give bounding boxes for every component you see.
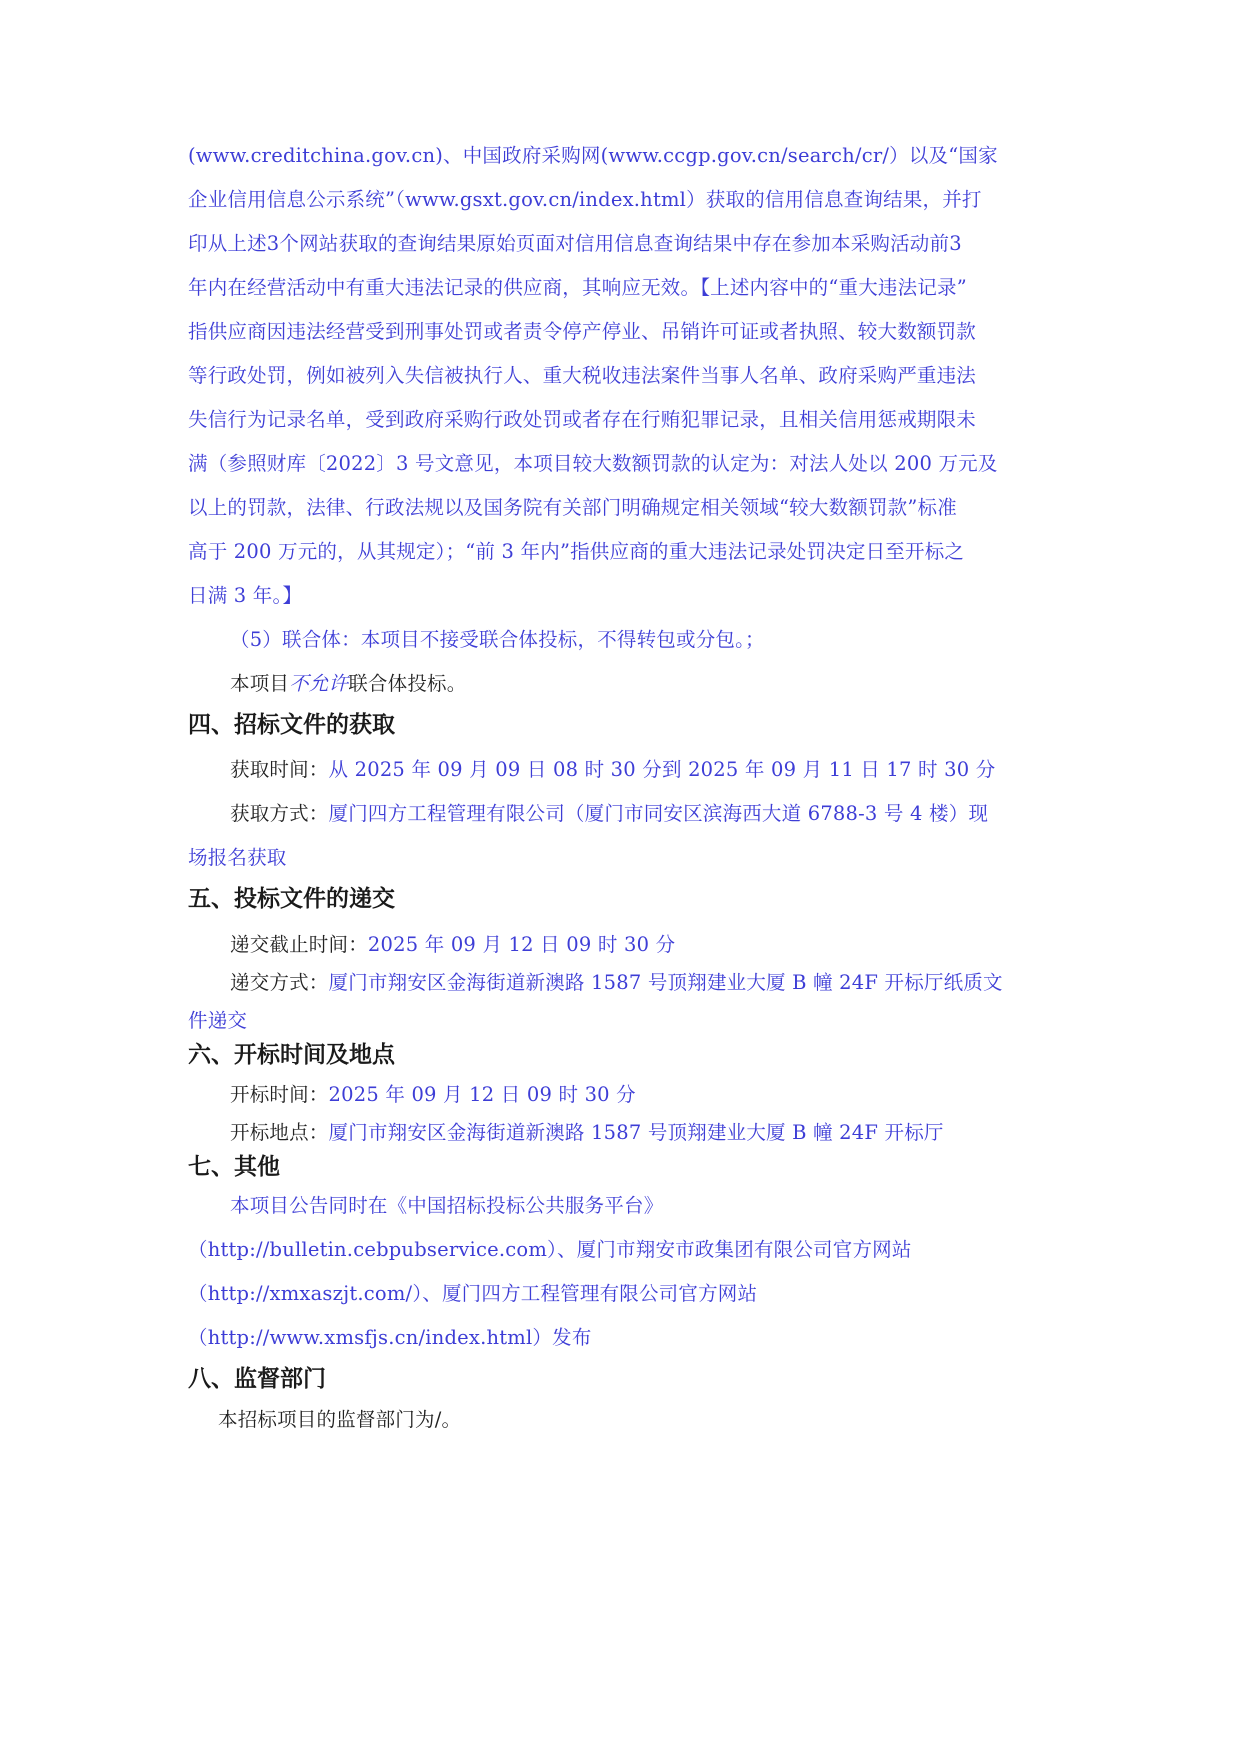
credit-paragraph-line-9: 以上的罚款，法律、行政法规以及国务院有关部门明确规定相关领域“较大数额罚款”标准 <box>188 495 957 521</box>
s7-line-1: 本项目公告同时在《中国招标投标公共服务平台》 <box>230 1193 663 1219</box>
section-5-title: 五、投标文件的递交 <box>188 885 395 913</box>
credit-paragraph-line-6: 等行政处罚，例如被列入失信被执行人、重大税收违法案件当事人名单、政府采购严重违法 <box>188 363 976 389</box>
s5-deadline-value: 2025 年 09 月 12 日 09 时 30 分 <box>368 933 675 956</box>
s7-line-4: （http://www.xmsfjs.cn/index.html）发布 <box>188 1325 592 1351</box>
s6-time-value: 2025 年 09 月 12 日 09 时 30 分 <box>329 1083 636 1106</box>
credit-paragraph-line-11: 日满 3 年。】 <box>188 583 302 609</box>
s7-line-2: （http://bulletin.cebpubservice.com）、厦门市翔… <box>188 1237 912 1263</box>
document-page: (www.creditchina.gov.cn)、中国政府采购网(www.ccg… <box>0 0 1240 1754</box>
s5-deadline-row: 递交截止时间：2025 年 09 月 12 日 09 时 30 分 <box>230 932 675 958</box>
s5-method-label: 递交方式： <box>230 971 329 994</box>
consortium-allow-prefix: 本项目 <box>230 672 289 695</box>
s6-place-label: 开标地点： <box>230 1121 329 1144</box>
credit-paragraph-line-8: 满（参照财库〔2022〕3 号文意见，本项目较大数额罚款的认定为：对法人处以 2… <box>188 451 998 477</box>
s6-place-value: 厦门市翔安区金海街道新澳路 1587 号顶翔建业大厦 B 幢 24F 开标厅 <box>329 1121 944 1144</box>
s4-method-value: 厦门四方工程管理有限公司（厦门市同安区滨海西大道 6788-3 号 4 楼）现 <box>329 802 989 825</box>
s5-method-row: 递交方式：厦门市翔安区金海街道新澳路 1587 号顶翔建业大厦 B 幢 24F … <box>230 970 1003 996</box>
s4-method-row: 获取方式：厦门四方工程管理有限公司（厦门市同安区滨海西大道 6788-3 号 4… <box>230 801 988 827</box>
credit-paragraph-line-1: (www.creditchina.gov.cn)、中国政府采购网(www.ccg… <box>188 143 998 169</box>
s6-time-label: 开标时间： <box>230 1083 329 1106</box>
s5-deadline-label: 递交截止时间： <box>230 933 368 956</box>
consortium-allow-line: 本项目不允许联合体投标。 <box>230 671 466 697</box>
section-7-title: 七、其他 <box>188 1153 280 1181</box>
credit-paragraph-line-7: 失信行为记录名单，受到政府采购行政处罚或者存在行贿犯罪记录，且相关信用惩戒期限未 <box>188 407 976 433</box>
section-6-title: 六、开标时间及地点 <box>188 1041 395 1069</box>
s5-method-value-cont: 件递交 <box>188 1008 247 1034</box>
s4-time-label: 获取时间： <box>230 758 329 781</box>
s4-time-row: 获取时间：从 2025 年 09 月 09 日 08 时 30 分到 2025 … <box>230 757 995 783</box>
credit-paragraph-line-2: 企业信用信息公示系统”（www.gsxt.gov.cn/index.html）获… <box>188 187 982 213</box>
credit-paragraph-line-3: 印从上述3个网站获取的查询结果原始页面对信用信息查询结果中存在参加本采购活动前3 <box>188 231 962 257</box>
consortium-allow-value: 不允许 <box>289 672 348 695</box>
credit-paragraph-line-5: 指供应商因违法经营受到刑事处罚或者责令停产停业、吊销许可证或者执照、较大数额罚款 <box>188 319 976 345</box>
s4-time-value: 从 2025 年 09 月 09 日 08 时 30 分到 2025 年 09 … <box>329 758 996 781</box>
section-8-title: 八、监督部门 <box>188 1365 326 1393</box>
s6-time-row: 开标时间：2025 年 09 月 12 日 09 时 30 分 <box>230 1082 636 1108</box>
consortium-allow-suffix: 联合体投标。 <box>348 672 466 695</box>
s4-method-value-cont: 场报名获取 <box>188 845 287 871</box>
consortium-clause: （5）联合体：本项目不接受联合体投标，不得转包或分包。； <box>230 627 765 653</box>
s6-place-row: 开标地点：厦门市翔安区金海街道新澳路 1587 号顶翔建业大厦 B 幢 24F … <box>230 1120 944 1146</box>
credit-paragraph-line-10: 高于 200 万元的，从其规定）；“前 3 年内”指供应商的重大违法记录处罚决定… <box>188 539 964 565</box>
s4-method-label: 获取方式： <box>230 802 329 825</box>
s7-line-3: （http://xmxaszjt.com/）、厦门四方工程管理有限公司官方网站 <box>188 1281 757 1307</box>
credit-paragraph-line-4: 年内在经营活动中有重大违法记录的供应商，其响应无效。【上述内容中的“重大违法记录… <box>188 275 967 301</box>
section-4-title: 四、招标文件的获取 <box>188 711 395 739</box>
s8-line-1: 本招标项目的监督部门为/。 <box>218 1407 461 1433</box>
s5-method-value: 厦门市翔安区金海街道新澳路 1587 号顶翔建业大厦 B 幢 24F 开标厅纸质… <box>329 971 1003 994</box>
